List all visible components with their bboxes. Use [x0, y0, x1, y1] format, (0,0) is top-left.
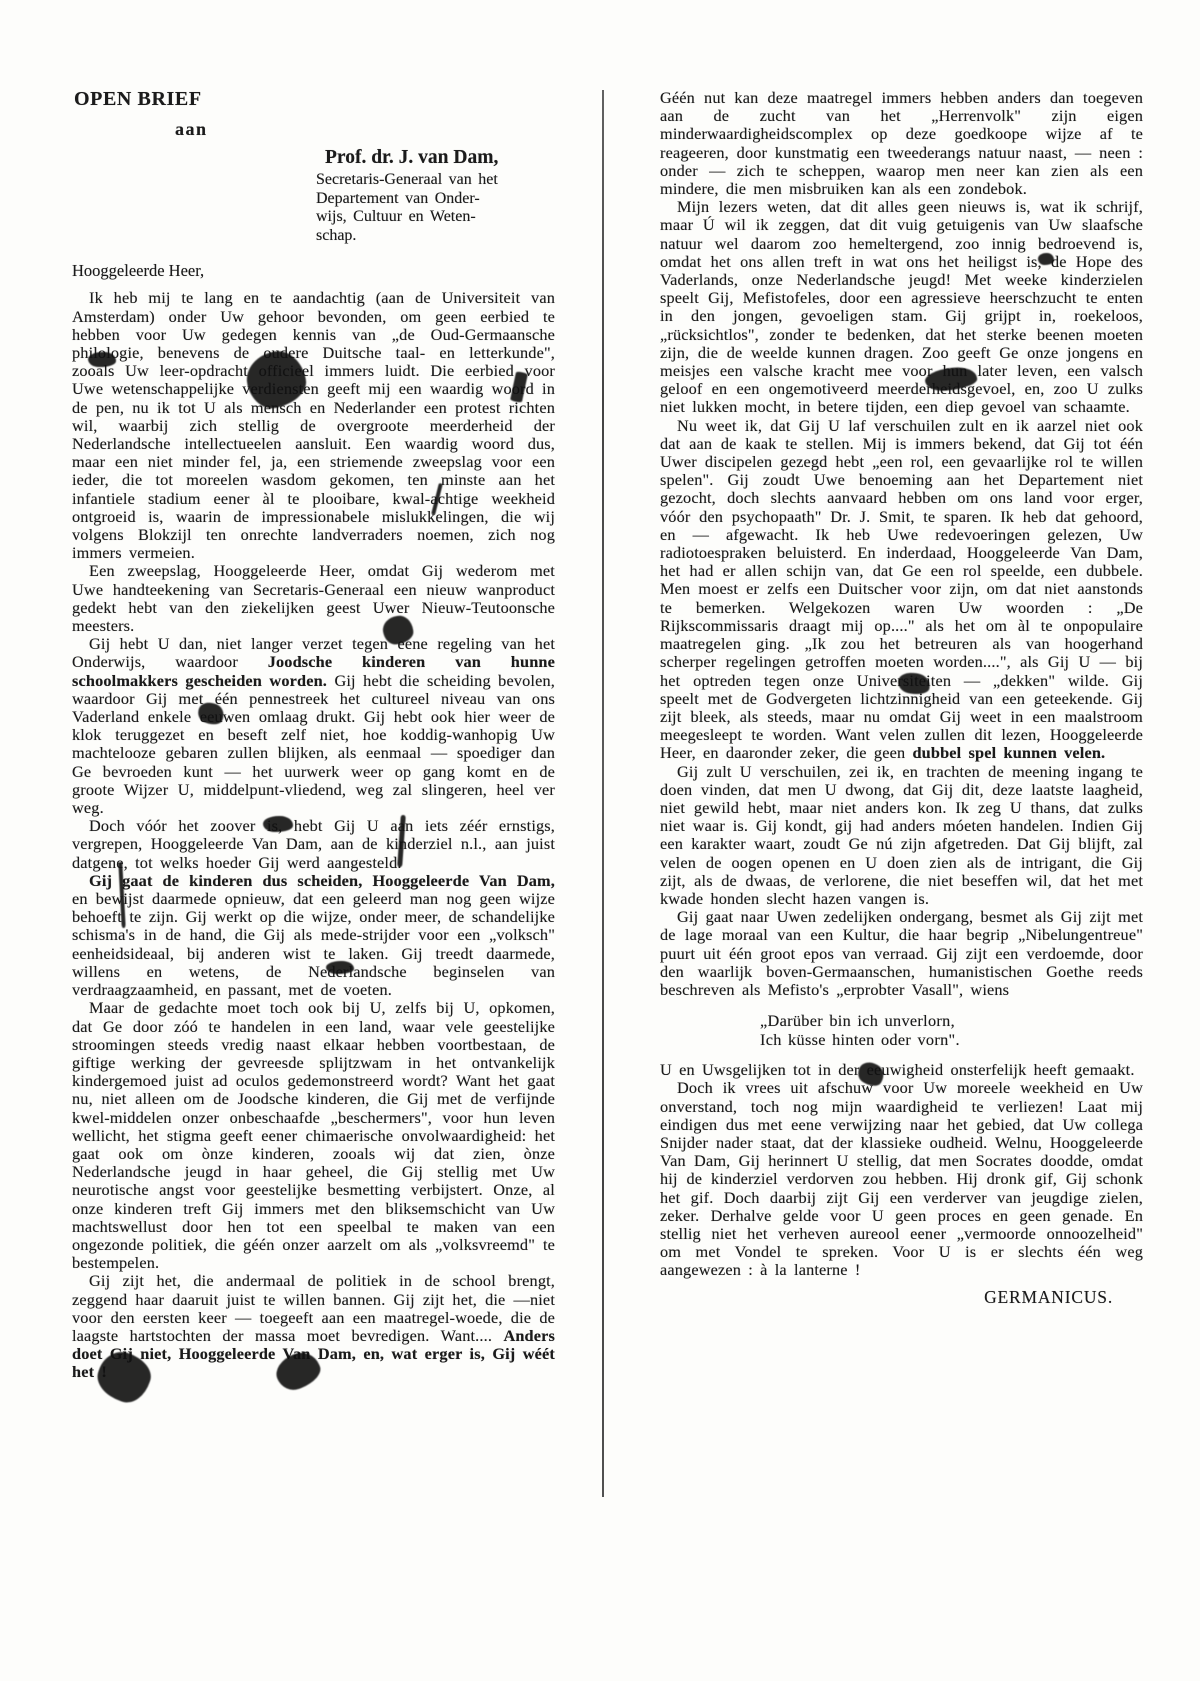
text-run: Gij zult U verschuilen, zei ik, en trach…: [660, 762, 1143, 908]
right-column-text-top: Géén nut kan deze maatregel immers hebbe…: [660, 89, 1143, 999]
text-run: Géén nut kan deze maatregel immers hebbe…: [660, 88, 1143, 198]
ink-blot: [326, 961, 354, 974]
text-run: Maar de gedachte moet toch ook bij U, ze…: [72, 998, 555, 1272]
bold-text-run: dubbel spel kunnen velen.: [912, 743, 1105, 762]
text-run: Gij gaat naar Uwen zedelijken ondergang,…: [660, 907, 1143, 999]
text-run: Gij hebt die scheiding bevolen, waardoor…: [72, 671, 555, 817]
paragraph: Doch ik vrees uit afschuw voor Uw moreel…: [660, 1079, 1143, 1279]
paragraph: Doch vóór het zoover is, hebt Gij U aan …: [72, 817, 555, 872]
text-line: Secretaris-Generaal van het: [316, 171, 544, 190]
text-run: en bewijst daarmede opnieuw, dat een gel…: [72, 889, 555, 999]
paragraph: Géén nut kan deze maatregel immers hebbe…: [660, 89, 1143, 198]
scanned-letter-page: OPEN BRIEF aan Prof. dr. J. van Dam, Sec…: [0, 0, 1200, 1681]
paragraph: U en Uwsgelijken tot in der eeuwigheid o…: [660, 1061, 1143, 1079]
text-run: U en Uwsgelijken tot in der eeuwigheid o…: [660, 1060, 1135, 1079]
ink-blot: [1038, 253, 1054, 265]
addressee-role: Secretaris-Generaal van hetDepartement v…: [316, 171, 544, 245]
text-run: Ik heb mij te lang en te aandachtig (aan…: [72, 288, 555, 562]
paragraph: Gij gaat naar Uwen zedelijken ondergang,…: [660, 908, 1143, 999]
ink-blot: [88, 352, 116, 367]
left-column: OPEN BRIEF aan Prof. dr. J. van Dam, Sec…: [72, 88, 555, 1382]
letter-aan: aan: [175, 119, 555, 139]
column-divider-rule: [602, 90, 604, 1497]
paragraph: Mijn lezers weten, dat dit alles geen ni…: [660, 198, 1143, 416]
paragraph: Gij hebt U dan, niet langer verzet tegen…: [72, 635, 555, 817]
paragraph: Gij zult U verschuilen, zei ik, en trach…: [660, 763, 1143, 909]
addressee-name: Prof. dr. J. van Dam,: [325, 147, 555, 168]
paragraph: Een zweepslag, Hooggeleerde Heer, omdat …: [72, 562, 555, 635]
text-line: Departement van Onder-: [316, 190, 544, 209]
text-line: Ich küsse hinten oder vorn".: [760, 1030, 1143, 1049]
text-run: Nu weet ik, dat Gij U laf verschuilen zu…: [660, 416, 1143, 763]
right-column-text-bottom: U en Uwsgelijken tot in der eeuwigheid o…: [660, 1061, 1143, 1279]
salutation: Hooggeleerde Heer,: [72, 262, 555, 280]
paragraph: Maar de gedachte moet toch ook bij U, ze…: [72, 999, 555, 1272]
text-line: wijs, Cultuur en Weten-: [316, 208, 544, 227]
text-run: Gij zijt het, die andermaal de politiek …: [72, 1271, 555, 1345]
ink-blot: [263, 816, 293, 832]
text-run: Doch vóór het zoover is, hebt Gij U aan …: [72, 816, 555, 871]
right-column: Géén nut kan deze maatregel immers hebbe…: [660, 89, 1143, 1308]
paragraph: Nu weet ik, dat Gij U laf verschuilen zu…: [660, 417, 1143, 763]
text-run: Een zweepslag, Hooggeleerde Heer, omdat …: [72, 561, 555, 635]
bold-text-run: Gij gaat de kinderen dus scheiden, Hoogg…: [89, 871, 555, 890]
left-column-text: Ik heb mij te lang en te aandachtig (aan…: [72, 289, 555, 1381]
text-line: „Darüber bin ich unverlorn,: [760, 1011, 1143, 1030]
paragraph: Ik heb mij te lang en te aandachtig (aan…: [72, 289, 555, 562]
letter-title: OPEN BRIEF: [74, 88, 555, 110]
text-run: Mijn lezers weten, dat dit alles geen ni…: [660, 197, 1143, 416]
text-run: Doch ik vrees uit afschuw voor Uw moreel…: [660, 1078, 1143, 1279]
paragraph: Gij gaat de kinderen dus scheiden, Hoogg…: [72, 872, 555, 999]
signature: GERMANICUS.: [660, 1287, 1143, 1308]
quote-block: „Darüber bin ich unverlorn,Ich küsse hin…: [760, 1011, 1143, 1049]
text-line: schap.: [316, 227, 544, 246]
